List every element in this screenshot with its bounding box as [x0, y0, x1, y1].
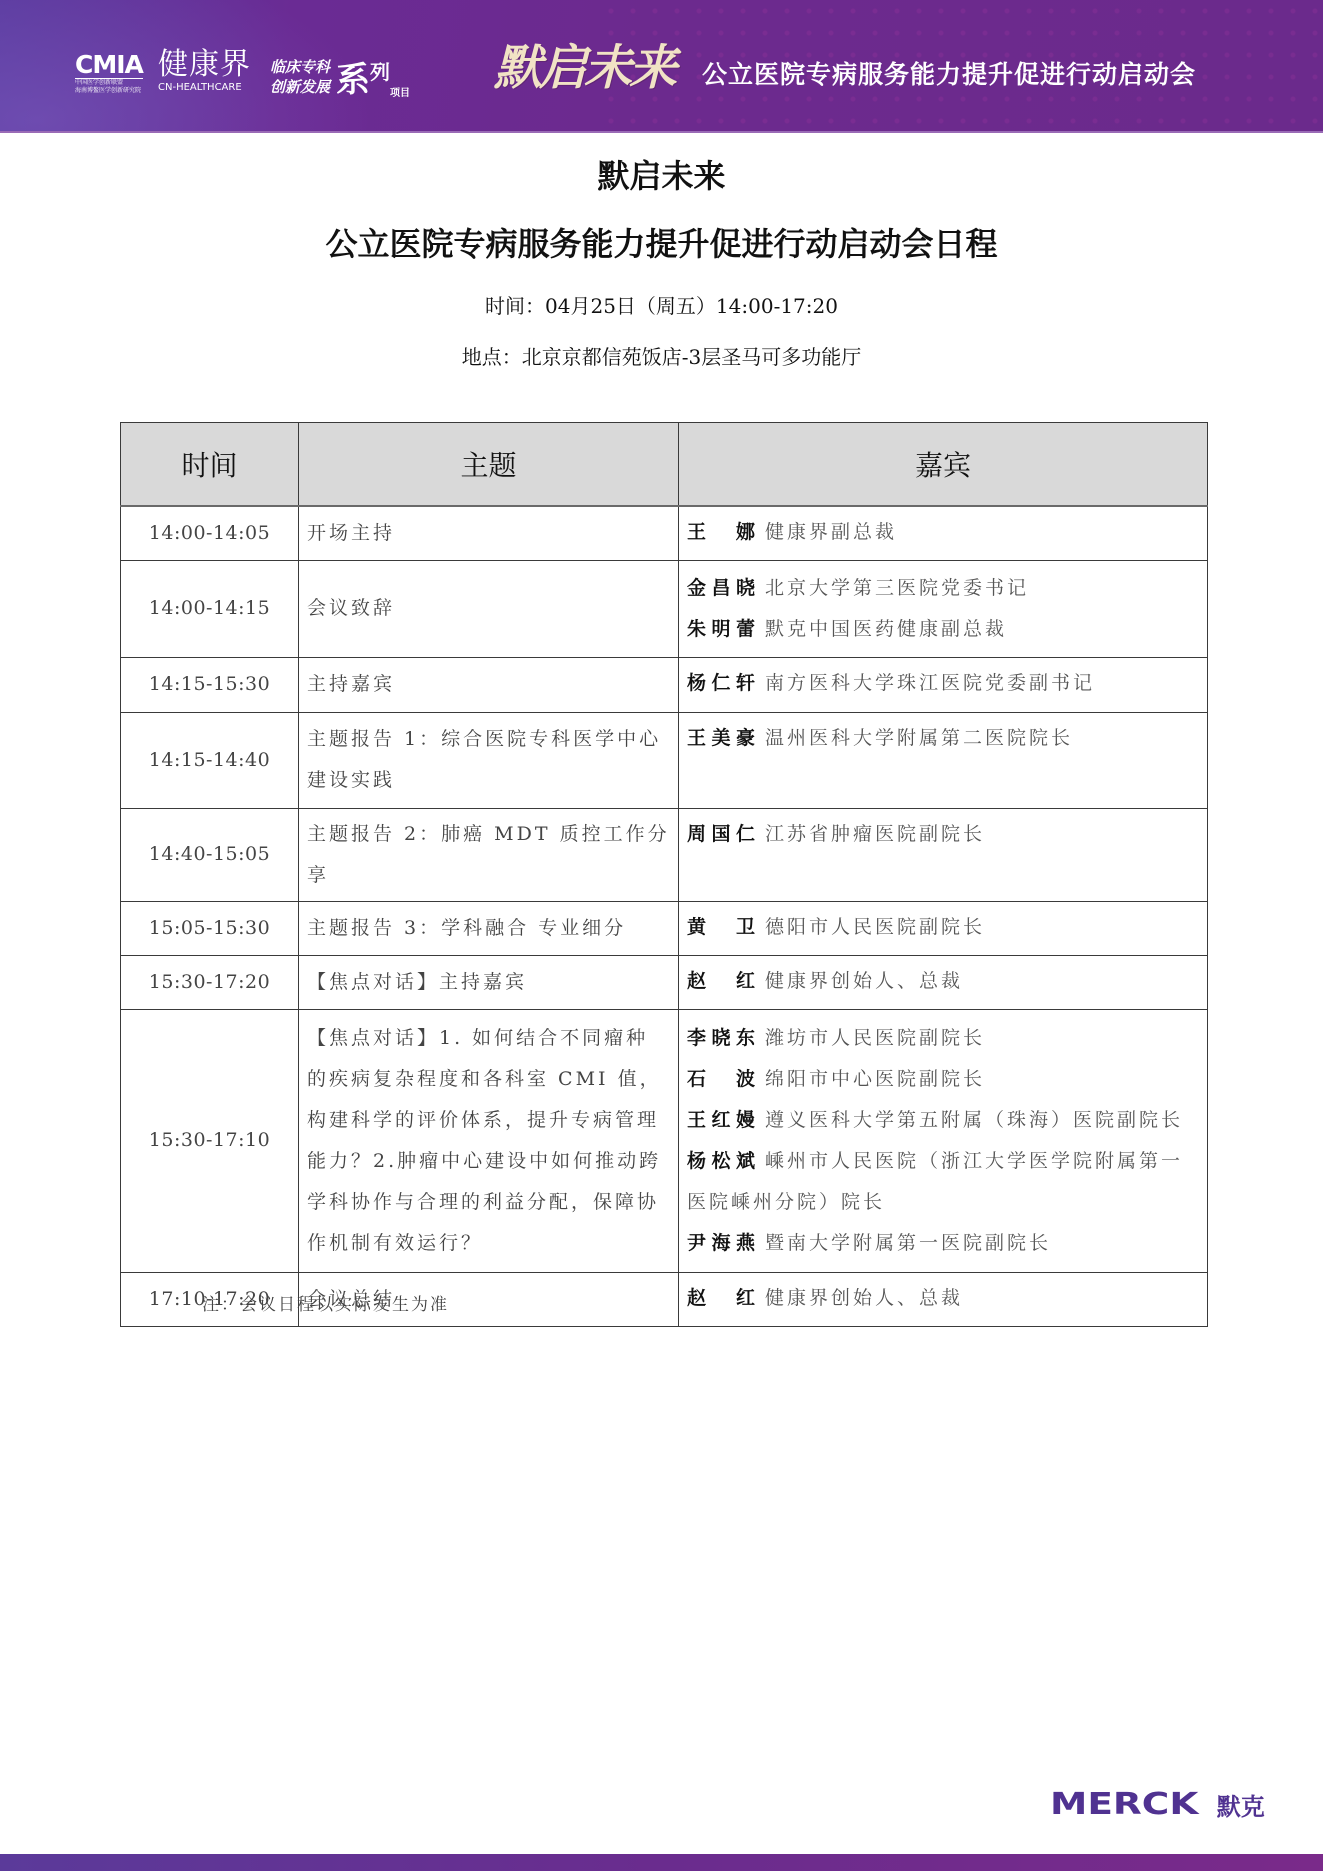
cmia-logo-sub2: 海南博鳌医学创新研究院: [75, 87, 143, 95]
guest-title: 温州医科大学附属第二医院院长: [765, 727, 1073, 749]
row-guests: 杨仁轩南方医科大学珠江医院党委副书记: [679, 657, 1208, 712]
row-time: 14:00-14:05: [121, 506, 299, 560]
row-guests: 王美豪温州医科大学附属第二医院院长: [679, 712, 1208, 808]
row-guests: 李晓东潍坊市人民医院副院长石 波绵阳市中心医院副院长王红嫚遵义医科大学第五附属（…: [679, 1009, 1208, 1272]
bottom-bar: [0, 1854, 1323, 1871]
merck-wordmark: MERCK: [1050, 1787, 1198, 1822]
guest-name: 石 波: [687, 1059, 757, 1100]
cmia-logo-sub1: 中国医学创新联盟: [75, 79, 143, 87]
guest-title: 南方医科大学珠江医院党委副书记: [765, 672, 1095, 694]
guest-entry: 王红嫚遵义医科大学第五附属（珠海）医院副院长: [687, 1100, 1199, 1141]
guest-name: 赵 红: [687, 961, 757, 1002]
guest-entry: 赵 红健康界创始人、总裁: [687, 961, 1199, 1002]
page-subtitle: 公立医院专病服务能力提升促进行动启动会日程: [0, 224, 1323, 264]
row-guests: 赵 红健康界创始人、总裁: [679, 1272, 1208, 1326]
row-topic: 主持嘉宾: [299, 657, 679, 712]
guest-name: 周国仁: [687, 814, 757, 855]
cmia-logo: CMIA 中国医学创新联盟 海南博鳌医学创新研究院: [75, 52, 143, 95]
guest-name: 杨仁轩: [687, 663, 757, 704]
row-topic: 主题报告 1：综合医院专科医学中心建设实践: [299, 712, 679, 808]
series-lie: 列: [370, 56, 390, 85]
series-line2: 创新发展: [270, 77, 330, 97]
row-topic: 主题报告 3：学科融合 专业细分: [299, 901, 679, 955]
row-topic: 开场主持: [299, 506, 679, 560]
row-guests: 王 娜健康界副总裁: [679, 506, 1208, 560]
table-header-row: 时间 主题 嘉宾: [121, 423, 1208, 507]
table-row: 14:15-15:30 主持嘉宾 杨仁轩南方医科大学珠江医院党委副书记: [121, 657, 1208, 712]
guest-name: 王 娜: [687, 512, 757, 553]
cn-healthcare-logo-cn: 健康界: [158, 48, 251, 82]
guest-title: 遵义医科大学第五附属（珠海）医院副院长: [765, 1109, 1183, 1131]
guest-name: 朱明蕾: [687, 609, 757, 650]
column-header-topic: 主题: [299, 423, 679, 507]
guest-entry: 王美豪温州医科大学附属第二医院院长: [687, 718, 1199, 759]
guest-name: 黄 卫: [687, 907, 757, 948]
row-topic: 【焦点对话】主持嘉宾: [299, 955, 679, 1009]
row-time: 14:15-14:40: [121, 712, 299, 808]
guest-name: 金昌晓: [687, 568, 757, 609]
guest-title: 健康界创始人、总裁: [765, 970, 963, 992]
cn-healthcare-logo: 健康界 CN-HEALTHCARE: [158, 48, 251, 94]
table-row: 14:00-14:15 会议致辞 金昌晓北京大学第三医院党委书记朱明蕾默克中国医…: [121, 560, 1208, 657]
calligraphy-title: 默启未来: [494, 38, 674, 98]
table-row: 15:30-17:10 【焦点对话】1. 如何结合不同瘤种的疾病复杂程度和各科室…: [121, 1009, 1208, 1272]
table-row: 14:00-14:05 开场主持 王 娜健康界副总裁: [121, 506, 1208, 560]
row-time: 15:30-17:20: [121, 955, 299, 1009]
top-banner: CMIA 中国医学创新联盟 海南博鳌医学创新研究院 健康界 CN-HEALTHC…: [0, 0, 1323, 133]
guest-name: 杨松斌: [687, 1141, 757, 1182]
cmia-logo-text: CMIA: [75, 52, 143, 79]
row-topic: 【焦点对话】1. 如何结合不同瘤种的疾病复杂程度和各科室 CMI 值，构建科学的…: [299, 1009, 679, 1272]
merck-cn-name: 默克: [1217, 1787, 1265, 1822]
guest-name: 赵 红: [687, 1278, 757, 1319]
row-guests: 金昌晓北京大学第三医院党委书记朱明蕾默克中国医药健康副总裁: [679, 560, 1208, 657]
guest-entry: 尹海燕暨南大学附属第一医院副院长: [687, 1223, 1199, 1264]
guest-entry: 石 波绵阳市中心医院副院长: [687, 1059, 1199, 1100]
guest-title: 健康界副总裁: [765, 521, 897, 543]
guest-entry: 杨仁轩南方医科大学珠江医院党委副书记: [687, 663, 1199, 704]
row-time: 14:00-14:15: [121, 560, 299, 657]
guest-name: 王红嫚: [687, 1100, 757, 1141]
guest-entry: 周国仁江苏省肿瘤医院副院长: [687, 814, 1199, 855]
guest-entry: 王 娜健康界副总裁: [687, 512, 1199, 553]
guest-title: 德阳市人民医院副院长: [765, 916, 985, 938]
guest-title: 江苏省肿瘤医院副院长: [765, 823, 985, 845]
cn-healthcare-logo-en: CN-HEALTHCARE: [158, 82, 251, 94]
guest-title: 暨南大学附属第一医院副院长: [765, 1232, 1051, 1254]
guest-entry: 朱明蕾默克中国医药健康副总裁: [687, 609, 1199, 650]
page-title: 默启未来: [0, 156, 1323, 196]
guest-title: 潍坊市人民医院副院长: [765, 1027, 985, 1049]
series-xi: 系: [336, 52, 370, 101]
guest-entry: 杨松斌嵊州市人民医院（浙江大学医学院附属第一医院嵊州分院）院长: [687, 1141, 1199, 1223]
guest-name: 王美豪: [687, 718, 757, 759]
row-topic: 会议致辞: [299, 560, 679, 657]
table-row: 15:30-17:20 【焦点对话】主持嘉宾 赵 红健康界创始人、总裁: [121, 955, 1208, 1009]
guest-title: 健康界创始人、总裁: [765, 1287, 963, 1309]
row-time: 14:15-15:30: [121, 657, 299, 712]
row-guests: 黄 卫德阳市人民医院副院长: [679, 901, 1208, 955]
event-place: 地点：北京京都信苑饭店-3层圣马可多功能厅: [0, 343, 1323, 371]
guest-title: 默克中国医药健康副总裁: [765, 618, 1007, 640]
column-header-guests: 嘉宾: [679, 423, 1208, 507]
table-row: 14:40-15:05 主题报告 2：肺癌 MDT 质控工作分享 周国仁江苏省肿…: [121, 808, 1208, 901]
guest-entry: 赵 红健康界创始人、总裁: [687, 1278, 1199, 1319]
guest-name: 李晓东: [687, 1018, 757, 1059]
series-xiangmu: 项目: [390, 84, 410, 99]
column-header-time: 时间: [121, 423, 299, 507]
row-guests: 周国仁江苏省肿瘤医院副院长: [679, 808, 1208, 901]
guest-entry: 黄 卫德阳市人民医院副院长: [687, 907, 1199, 948]
guest-name: 尹海燕: [687, 1223, 757, 1264]
banner-title: 公立医院专病服务能力提升促进行动启动会: [702, 60, 1196, 90]
guest-title: 绵阳市中心医院副院长: [765, 1068, 985, 1090]
schedule-note: 注：会议日程以实际发生为准: [202, 1293, 449, 1317]
guest-entry: 金昌晓北京大学第三医院党委书记: [687, 568, 1199, 609]
row-topic: 主题报告 2：肺癌 MDT 质控工作分享: [299, 808, 679, 901]
series-logo: 临床专科 创新发展 系 列 项目: [270, 52, 410, 101]
row-time: 15:05-15:30: [121, 901, 299, 955]
table-row: 14:15-14:40 主题报告 1：综合医院专科医学中心建设实践 王美豪温州医…: [121, 712, 1208, 808]
guest-title: 北京大学第三医院党委书记: [765, 577, 1029, 599]
row-time: 15:30-17:10: [121, 1009, 299, 1272]
row-guests: 赵 红健康界创始人、总裁: [679, 955, 1208, 1009]
merck-logo: MERCK 默克: [1050, 1787, 1265, 1822]
guest-entry: 李晓东潍坊市人民医院副院长: [687, 1018, 1199, 1059]
row-time: 14:40-15:05: [121, 808, 299, 901]
event-time: 时间：04月25日（周五）14:00-17:20: [0, 292, 1323, 320]
schedule-table: 时间 主题 嘉宾 14:00-14:05 开场主持 王 娜健康界副总裁 14:0…: [120, 422, 1208, 1327]
guest-title: 嵊州市人民医院（浙江大学医学院附属第一医院嵊州分院）院长: [687, 1150, 1183, 1213]
table-row: 15:05-15:30 主题报告 3：学科融合 专业细分 黄 卫德阳市人民医院副…: [121, 901, 1208, 955]
series-line1: 临床专科: [270, 57, 330, 77]
